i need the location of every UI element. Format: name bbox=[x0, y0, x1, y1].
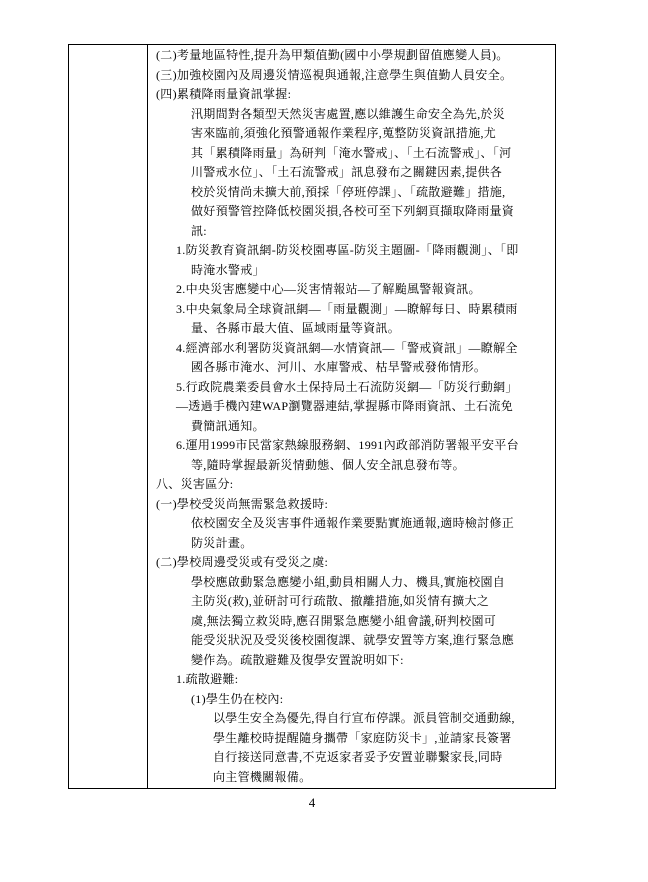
text-line: 防災計畫。 bbox=[148, 534, 552, 554]
text-line: 校於災情尚未擴大前,預採「停班停課」、「疏散避難」措施, bbox=[148, 183, 552, 203]
text-line: 3.中央氣象局全球資訊網—「雨量觀測」—瞭解每日、時累積雨 bbox=[148, 300, 552, 320]
document-table: (二)考量地區特性,提升為甲類值勤(國中小學規劃留值應變人員)。(三)加強校園內… bbox=[68, 44, 556, 789]
text-line: 4.經濟部水利署防災資訊網—水情資訊—「警戒資訊」—瞭解全 bbox=[148, 339, 552, 359]
text-line: 等,隨時掌握最新災情動態、個人安全訊息發布等。 bbox=[148, 456, 552, 476]
text-line: 做好預警管控降低校園災損,各校可至下列網頁擷取降雨量資 bbox=[148, 202, 552, 222]
text-line: 5.行政院農業委員會水土保持局土石流防災網—「防災行動網」 bbox=[148, 378, 552, 398]
text-line: 6.運用1999市民當家熱線服務網、1991內政部消防署報平安平台 bbox=[148, 436, 552, 456]
text-line: 學校應啟動緊急應變小組,動員相關人力、機具,實施校園自 bbox=[148, 573, 552, 593]
table-content-cell: (二)考量地區特性,提升為甲類值勤(國中小學規劃留值應變人員)。(三)加強校園內… bbox=[148, 45, 555, 788]
text-line: —透過手機內建WAP瀏覽器連結,掌握縣市降雨資訊、土石流免 bbox=[148, 397, 552, 417]
text-line: 依校園安全及災害事件通報作業要點實施通報,適時檢討修正 bbox=[148, 514, 552, 534]
text-line: 其「累積降雨量」為研判「淹水警戒」、「土石流警戒」、「河 bbox=[148, 144, 552, 164]
text-line: 學生離校時提醒隨身攜帶「家庭防災卡」,並請家長簽署 bbox=[148, 729, 552, 749]
text-line: (一)學校受災尚無需緊急救援時: bbox=[148, 495, 552, 515]
text-line: 汛期間對各類型天然災害處置,應以維護生命安全為先,於災 bbox=[148, 105, 552, 125]
text-line: 國各縣市淹水、河川、水庫警戒、枯旱警戒發佈情形。 bbox=[148, 358, 552, 378]
text-line: 時淹水警戒」 bbox=[148, 261, 552, 281]
text-line: 川警戒水位」、「土石流警戒」訊息發布之關鍵因素,提供各 bbox=[148, 163, 552, 183]
text-line: 向主管機關報備。 bbox=[148, 768, 552, 788]
text-line: 1.疏散避難: bbox=[148, 670, 552, 690]
text-line: 能受災狀況及受災後校園復課、就學安置等方案,進行緊急應 bbox=[148, 631, 552, 651]
text-line: 八、災害區分: bbox=[148, 475, 552, 495]
text-line: 虞,無法獨立救災時,應召開緊急應變小組會議,研判校園可 bbox=[148, 612, 552, 632]
text-line: 以學生安全為優先,得自行宣布停課。派員管制交通動線, bbox=[148, 709, 552, 729]
page-number: 4 bbox=[68, 794, 556, 812]
text-line: (1)學生仍在校內: bbox=[148, 690, 552, 710]
text-line: 1.防災教育資訊網-防災校園專區-防災主題圖-「降雨觀測」、「即 bbox=[148, 241, 552, 261]
text-line: (三)加強校園內及周邊災情巡視與通報,注意學生與值勤人員安全。 bbox=[148, 66, 552, 86]
text-line: (二)學校周邊受災或有受災之虞: bbox=[148, 553, 552, 573]
text-line: 害來臨前,須強化預警通報作業程序,蒐整防災資訊措施,尤 bbox=[148, 124, 552, 144]
text-line: 2.中央災害應變中心—災害情報站—了解颱風警報資訊。 bbox=[148, 280, 552, 300]
text-line: (四)累積降雨量資訊掌握: bbox=[148, 85, 552, 105]
text-line: 自行接送同意書,不克返家者妥予安置並聯繫家長,同時 bbox=[148, 748, 552, 768]
text-line: 訊: bbox=[148, 222, 552, 242]
text-line: (二)考量地區特性,提升為甲類值勤(國中小學規劃留值應變人員)。 bbox=[148, 46, 552, 66]
text-line: 量、各縣市最大值、區域雨量等資訊。 bbox=[148, 319, 552, 339]
text-line: 變作為。疏散避難及復學安置說明如下: bbox=[148, 651, 552, 671]
text-line: 主防災(救),並研討可行疏散、撤離措施,如災情有擴大之 bbox=[148, 592, 552, 612]
table-left-cell bbox=[69, 45, 148, 788]
text-line: 費簡訊通知。 bbox=[148, 417, 552, 437]
